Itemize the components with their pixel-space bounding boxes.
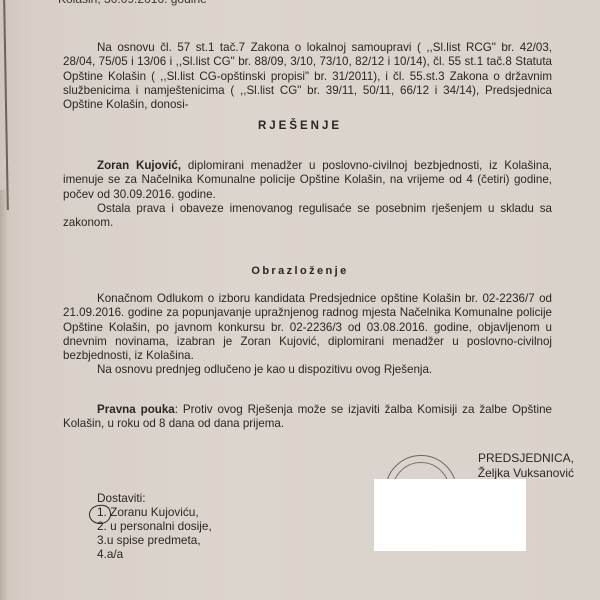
document-page: Kolašin, 30.09.2016. godine Na osnovu čl… bbox=[0, 0, 600, 600]
legal-notice-label: Pravna pouka bbox=[97, 403, 175, 416]
reasoning-paragraph-2: Na osnovu prednjeg odlučeno je kao u dis… bbox=[63, 363, 552, 377]
reasoning-section: Konačnom Odlukom o izboru kandidata Pred… bbox=[63, 292, 552, 378]
preamble: Na osnovu čl. 57 st.1 tač.7 Zakona o lok… bbox=[63, 41, 552, 112]
recipients-label: Dostaviti: bbox=[97, 491, 212, 505]
document-title: RJEŠENJE bbox=[0, 120, 600, 132]
recipient-item: 3.u spise predmeta, bbox=[97, 533, 212, 547]
signature-name: Željka Vuksanović bbox=[444, 466, 574, 480]
reasoning-title: Obrazloženje bbox=[0, 265, 600, 277]
reasoning-paragraph-1: Konačnom Odlukom o izboru kandidata Pred… bbox=[63, 292, 552, 363]
recipients-list: Dostaviti: 1. Zoranu Kujoviću, 2. u pers… bbox=[97, 491, 212, 561]
recipient-item: 1. Zoranu Kujoviću, bbox=[97, 505, 212, 519]
legal-notice-paragraph: Pravna pouka: Protiv ovog Rješenja može … bbox=[63, 403, 552, 432]
page-edge-shadow bbox=[0, 190, 8, 600]
decision-section: Zoran Kujović, diplomirani menadžer u po… bbox=[63, 159, 552, 230]
date-line: Kolašin, 30.09.2016. godine bbox=[58, 0, 207, 6]
signature-role: PREDSJEDNICA, bbox=[444, 451, 574, 465]
recipient-item: 4.a/a bbox=[97, 547, 212, 561]
page-edge-line bbox=[3, 0, 9, 210]
redaction-box bbox=[374, 479, 526, 551]
decision-paragraph-2: Ostala prava i obaveze imenovanog reguli… bbox=[63, 202, 552, 231]
appointee-name: Zoran Kujović, bbox=[97, 159, 181, 172]
recipient-item: 2. u personalni dosije, bbox=[97, 519, 212, 533]
decision-paragraph: Zoran Kujović, diplomirani menadžer u po… bbox=[63, 159, 552, 202]
preamble-text: Na osnovu čl. 57 st.1 tač.7 Zakona o lok… bbox=[63, 41, 552, 112]
legal-notice: Pravna pouka: Protiv ovog Rješenja može … bbox=[63, 403, 552, 432]
